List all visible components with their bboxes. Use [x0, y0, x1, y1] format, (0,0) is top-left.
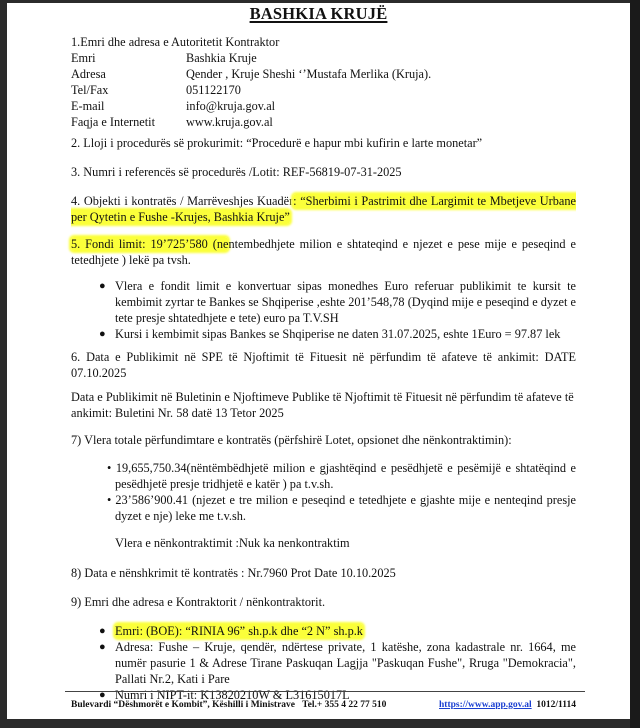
- document-page: BASHKIA KRUJË 1.Emri dhe adresa e Autori…: [7, 3, 630, 719]
- section-2-procedure-type: 2. Lloji i procedurës së prokurimit: “Pr…: [71, 135, 576, 151]
- list-item: ●Adresa: Fushe – Kruje, qendër, ndërtese…: [115, 639, 576, 687]
- window-frame: [630, 0, 640, 728]
- subcontract-value: Vlera e nënkontraktimit :Nuk ka nenkontr…: [115, 535, 620, 551]
- page-footer: Bulevardi “Dëshmorët e Kombit”, Këshilli…: [71, 700, 576, 710]
- section-9-heading: 9) Emri dhe adresa e Kontraktorit / nënk…: [71, 594, 576, 610]
- section-5-fund-limit: 5. Fondi limit: 19’725’580 (nentembedhje…: [71, 236, 576, 268]
- info-row-email: E-mailinfo@kruja.gov.al: [71, 98, 576, 114]
- page-number: 1012/1114: [536, 700, 576, 710]
- footer-divider: [65, 691, 585, 692]
- section-4-contract-object: 4. Objekti i kontratës / Marrëveshjes Ku…: [71, 193, 576, 225]
- list-item: ●Vlera e fondit limit e konvertuar sipas…: [115, 278, 576, 326]
- section-5-bullets: ●Vlera e fondit limit e konvertuar sipas…: [115, 278, 576, 342]
- section-7-values: • 19,655,750.34(nëntëmbëdhjetë milion e …: [107, 460, 576, 524]
- section-6-bulletin-date: Data e Publikimit në Buletinin e Njoftim…: [71, 389, 576, 421]
- section-8-signing-date: 8) Data e nënshkrimit të kontratës : Nr.…: [71, 565, 576, 581]
- section-contracting-authority: 1.Emri dhe adresa e Autoritetit Kontrakt…: [71, 34, 576, 130]
- list-item: ●Kursi i kembimit sipas Bankes se Shqipe…: [115, 326, 576, 342]
- list-item: • 19,655,750.34(nëntëmbëdhjetë milion e …: [107, 460, 576, 492]
- section-1-heading: 1.Emri dhe adresa e Autoritetit Kontrakt…: [71, 34, 576, 50]
- info-row-address: AdresaQender , Kruje Sheshi ‘’Mustafa Me…: [71, 66, 576, 82]
- section-3-reference: 3. Numri i referencës së procedurës /Lot…: [71, 164, 576, 180]
- list-item: ●Emri: (BOE): “RINIA 96” sh.p.k dhe “2 N…: [115, 623, 576, 639]
- document-title: BASHKIA KRUJË: [7, 4, 630, 24]
- list-item: • 23’586’900.41 (njezet e tre milion e p…: [107, 492, 576, 524]
- info-row-website: Faqja e Internetitwww.kruja.gov.al: [71, 114, 576, 130]
- highlight-fund-limit: 5. Fondi limit: 19’725’580 (ne: [71, 237, 228, 251]
- footer-address: Bulevardi “Dëshmorët e Kombit”, Këshilli…: [71, 700, 295, 710]
- highlight-contractor-name: Emri: (BOE): “RINIA 96” sh.p.k dhe “2 N”…: [115, 624, 363, 638]
- section-7-heading: 7) Vlera totale përfundimtare e kontratë…: [71, 432, 576, 448]
- info-row-tel: Tel/Fax051122170: [71, 82, 576, 98]
- footer-link[interactable]: https://www.app.gov.al: [439, 700, 532, 710]
- footer-tel: Tel.+ 355 4 22 77 510: [302, 700, 386, 710]
- info-row-name: EmriBashkia Kruje: [71, 50, 576, 66]
- section-6-publication-date: 6. Data e Publikimit në SPE të Njoftimit…: [71, 349, 576, 381]
